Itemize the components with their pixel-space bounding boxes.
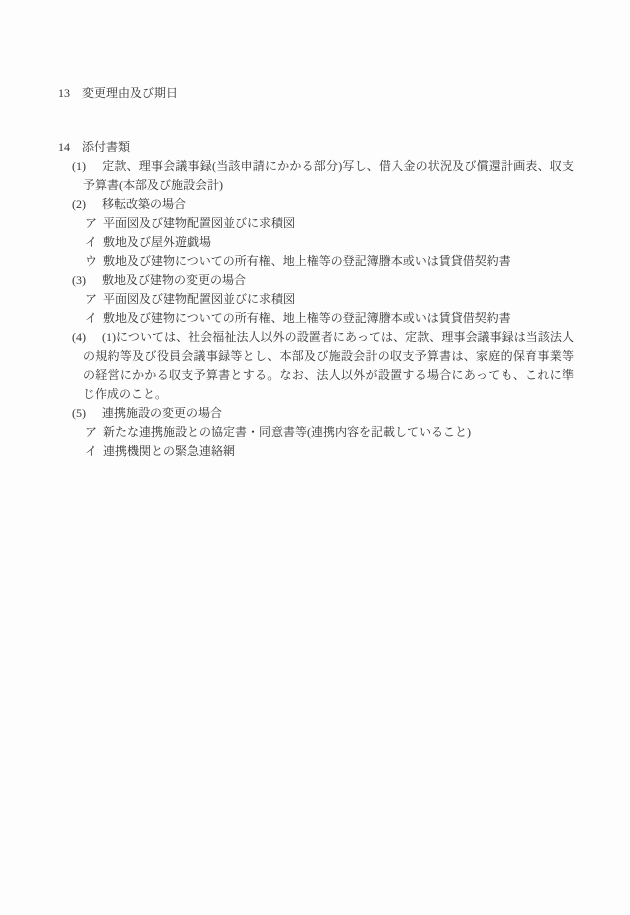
line-marker: (5) bbox=[72, 404, 102, 423]
line-text: 平面図及び建物配置図並びに求積図 bbox=[103, 216, 295, 230]
line-text: 移転改築の場合 bbox=[102, 197, 186, 211]
line-marker: 13 bbox=[58, 84, 82, 103]
document-line: (1)定款、理事会議事録(当該申請にかかる部分)写し、借入金の状況及び償還計画表… bbox=[0, 157, 574, 195]
line-text: 敷地及び建物の変更の場合 bbox=[102, 273, 246, 287]
line-marker: (2) bbox=[72, 195, 102, 214]
line-text: 添付書類 bbox=[82, 140, 130, 154]
document-body: 13変更理由及び期日14添付書類(1)定款、理事会議事録(当該申請にかかる部分)… bbox=[0, 0, 574, 461]
line-text: 敷地及び屋外遊戯場 bbox=[103, 235, 211, 249]
line-marker: イ bbox=[85, 442, 103, 461]
document-line: イ敷地及び建物についての所有権、地上権等の登記簿謄本或いは賃貸借契約書 bbox=[0, 309, 574, 328]
line-text: 敷地及び建物についての所有権、地上権等の登記簿謄本或いは賃貸借契約書 bbox=[103, 254, 511, 268]
document-line: (4)(1)については、社会福祉法人以外の設置者にあっては、定款、理事会議事録は… bbox=[0, 328, 574, 404]
line-marker: ア bbox=[85, 423, 103, 442]
line-text: 新たな連携施設との協定書・同意書等(連携内容を記載していること) bbox=[103, 425, 471, 439]
document-line: イ敷地及び屋外遊戯場 bbox=[0, 233, 574, 252]
line-text: 変更理由及び期日 bbox=[82, 86, 178, 100]
line-marker: (1) bbox=[72, 157, 102, 176]
document-line: ア平面図及び建物配置図並びに求積図 bbox=[0, 214, 574, 233]
line-marker: ア bbox=[85, 214, 103, 233]
line-text: 定款、理事会議事録(当該申請にかかる部分)写し、借入金の状況及び償還計画表、収支… bbox=[83, 159, 574, 192]
document-line: イ連携機関との緊急連絡網 bbox=[0, 442, 574, 461]
document-line: (3)敷地及び建物の変更の場合 bbox=[0, 271, 574, 290]
line-marker: 14 bbox=[58, 138, 82, 157]
line-text: 敷地及び建物についての所有権、地上権等の登記簿謄本或いは賃貸借契約書 bbox=[103, 311, 511, 325]
document-line: 13変更理由及び期日 bbox=[0, 84, 574, 103]
document-line: ウ敷地及び建物についての所有権、地上権等の登記簿謄本或いは賃貸借契約書 bbox=[0, 252, 574, 271]
document-line: (5)連携施設の変更の場合 bbox=[0, 404, 574, 423]
line-text: (1)については、社会福祉法人以外の設置者にあっては、定款、理事会議事録は当該法… bbox=[83, 330, 574, 401]
line-marker: ア bbox=[85, 290, 103, 309]
line-text: 平面図及び建物配置図並びに求積図 bbox=[103, 292, 295, 306]
line-marker: (4) bbox=[72, 328, 102, 347]
document-page: 13変更理由及び期日14添付書類(1)定款、理事会議事録(当該申請にかかる部分)… bbox=[0, 0, 630, 915]
line-marker: ウ bbox=[85, 252, 103, 271]
line-marker: (3) bbox=[72, 271, 102, 290]
document-line: ア平面図及び建物配置図並びに求積図 bbox=[0, 290, 574, 309]
line-marker: イ bbox=[85, 309, 103, 328]
line-marker: イ bbox=[85, 233, 103, 252]
line-text: 連携施設の変更の場合 bbox=[102, 406, 222, 420]
document-line: (2)移転改築の場合 bbox=[0, 195, 574, 214]
document-line: 14添付書類 bbox=[0, 138, 574, 157]
line-text: 連携機関との緊急連絡網 bbox=[103, 444, 235, 458]
document-line: ア新たな連携施設との協定書・同意書等(連携内容を記載していること) bbox=[0, 423, 574, 442]
